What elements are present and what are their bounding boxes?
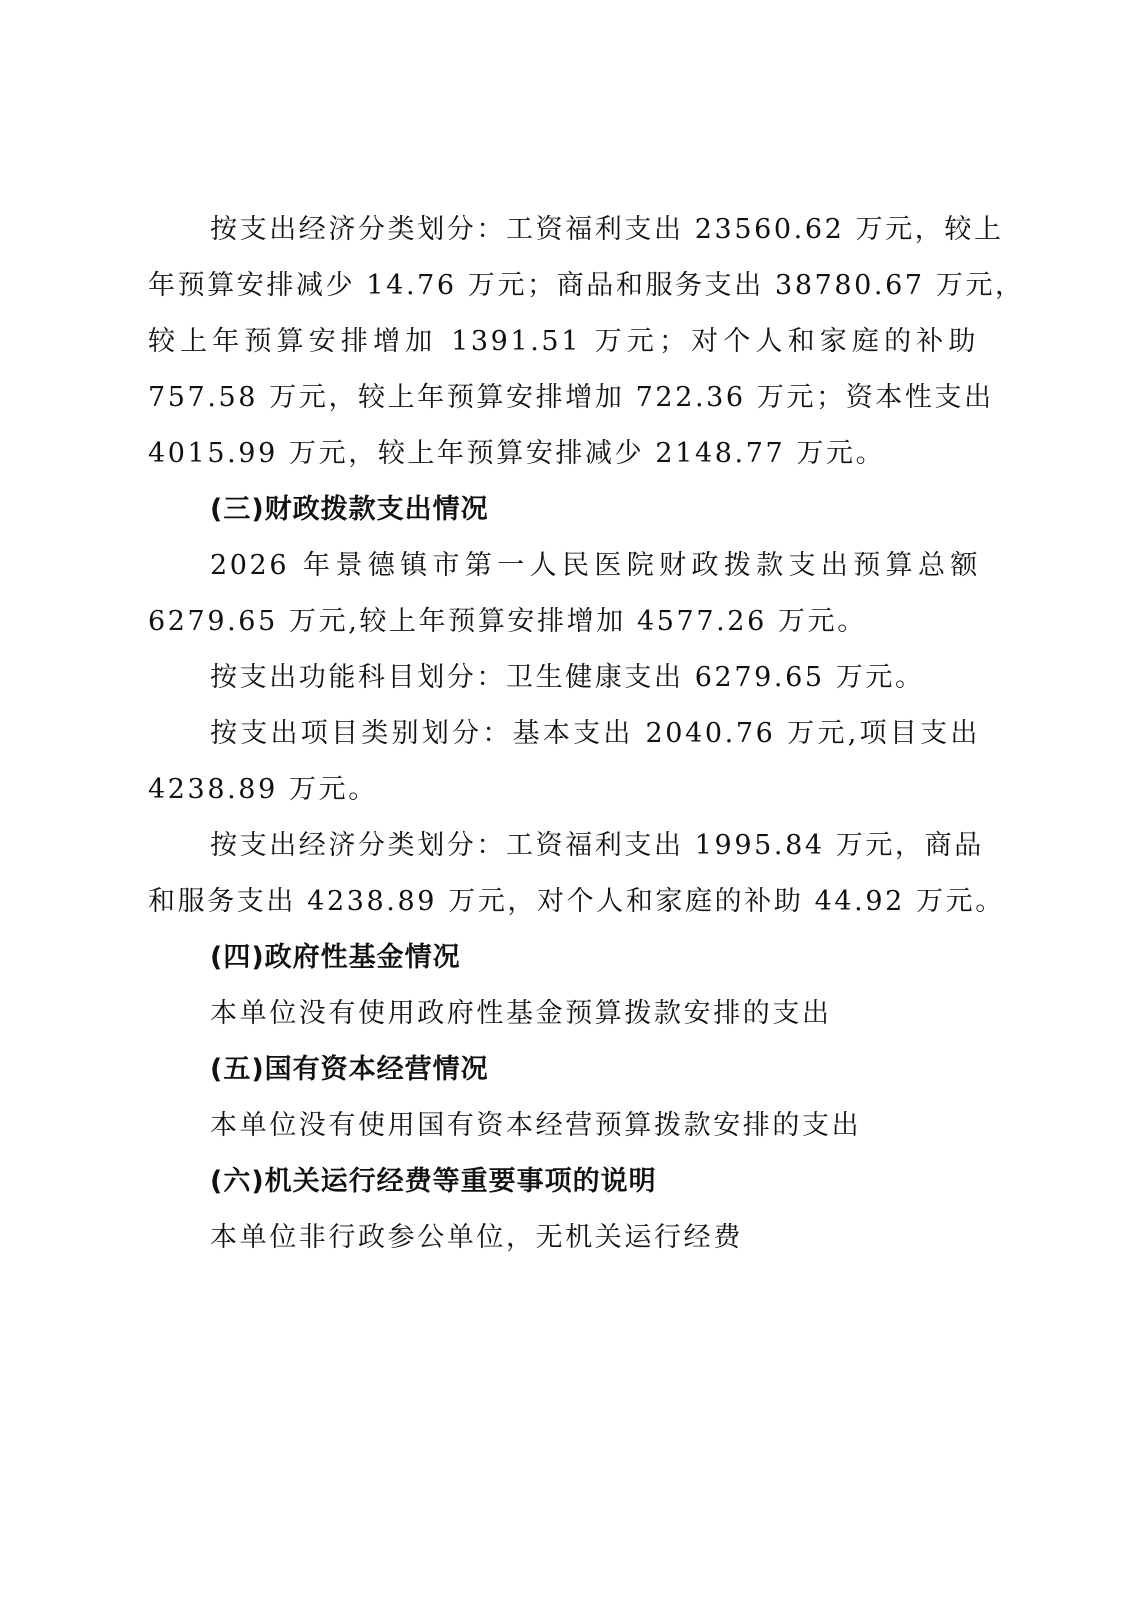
text-line: 2026 年景德镇市第一人民医院财政拨款支出预算总额 <box>210 550 980 582</box>
text-line: 按支出项目类别划分：基本支出 2040.76 万元,项目支出 <box>210 718 980 750</box>
text-line: 757.58 万元，较上年预算安排增加 722.36 万元；资本性支出 <box>148 382 978 414</box>
section-heading-fiscal-appropriation: (三)财政拨款支出情况 <box>210 494 1040 526</box>
paragraph-state-capital: 本单位没有使用国有资本经营预算拨款安排的支出 <box>210 1110 980 1142</box>
paragraph-government-fund: 本单位没有使用政府性基金预算拨款安排的支出 <box>210 998 980 1030</box>
text-line: 按支出经济分类划分：工资福利支出 23560.62 万元，较上 <box>210 214 980 246</box>
paragraph-operating-expenses: 本单位非行政参公单位，无机关运行经费 <box>210 1222 980 1254</box>
text-line: 和服务支出 4238.89 万元，对个人和家庭的补助 44.92 万元。 <box>148 886 978 918</box>
paragraph-function-classification: 按支出功能科目划分：卫生健康支出 6279.65 万元。 <box>210 662 980 694</box>
text-line: 较上年预算安排增加 1391.51 万元；对个人和家庭的补助 <box>148 326 978 358</box>
text-line: 6279.65 万元,较上年预算安排增加 4577.26 万元。 <box>148 606 978 638</box>
text-line: 年预算安排减少 14.76 万元；商品和服务支出 38780.67 万元， <box>148 270 978 302</box>
text-line: 4015.99 万元，较上年预算安排减少 2148.77 万元。 <box>148 438 978 470</box>
section-heading-state-capital: (五)国有资本经营情况 <box>210 1054 1040 1086</box>
section-heading-operating-expenses: (六)机关运行经费等重要事项的说明 <box>210 1166 1040 1198</box>
text-line: 按支出经济分类划分：工资福利支出 1995.84 万元，商品 <box>210 830 980 862</box>
section-heading-government-fund: (四)政府性基金情况 <box>210 942 1040 974</box>
text-line: 4238.89 万元。 <box>148 774 978 806</box>
